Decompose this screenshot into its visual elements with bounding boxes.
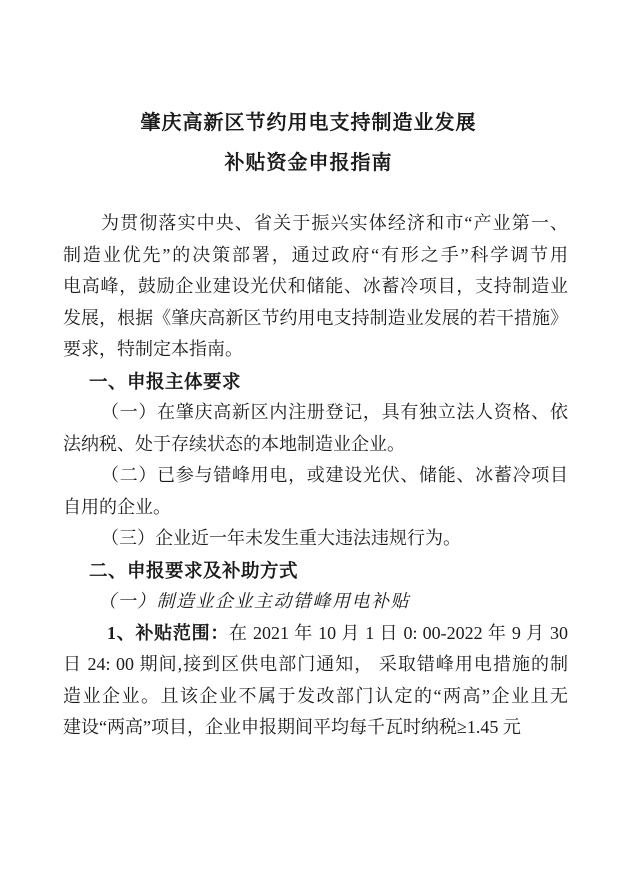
document-body: 为贯彻落实中央、省关于振兴实体经济和市“产业第一、 制造业优先”的决策部署，通过… — [63, 208, 568, 744]
intro-line-3: 电高峰，鼓励企业建设光伏和储能、冰蓄冷项目，支持制造业 — [63, 271, 568, 303]
subsidy-scope-line-4: 建设“两高”项目，企业申报期间平均每千瓦时纳税≥1.45 元 — [63, 712, 568, 744]
section1-item1-line-2: 法纳税、处于存续状态的本地制造业企业。 — [63, 429, 568, 461]
section2-heading: 二、申报要求及补助方式 — [63, 555, 568, 587]
title-line-2: 补贴资金申报指南 — [0, 143, 617, 183]
intro-line-4: 发展，根据《肇庆高新区节约用电支持制造业发展的若干措施》 — [63, 303, 568, 335]
intro-line-5: 要求，特制定本指南。 — [63, 334, 568, 366]
subsidy-scope-line-1-text: 在 2021 年 10 月 1 日 0: 00-2022 年 9 月 30 — [229, 623, 568, 643]
section1-heading: 一、申报主体要求 — [63, 366, 568, 398]
subsidy-scope-line-3: 造业企业。且该企业不属于发改部门认定的“两高”企业且无 — [63, 681, 568, 713]
subsidy-scope-line-1: 1、补贴范围：在 2021 年 10 月 1 日 0: 00-2022 年 9 … — [63, 618, 568, 650]
document-title: 肇庆高新区节约用电支持制造业发展 补贴资金申报指南 — [0, 0, 617, 183]
subsidy-scope-line-2: 日 24: 00 期间,接到区供电部门通知， 采取错峰用电措施的制 — [63, 649, 568, 681]
section1-item2-line-2: 自用的企业。 — [63, 492, 568, 524]
intro-line-1: 为贯彻落实中央、省关于振兴实体经济和市“产业第一、 — [63, 208, 568, 240]
section1-item3-line-1: （三）企业近一年未发生重大违法违规行为。 — [63, 523, 568, 555]
section2-sub1-heading: （一）制造业企业主动错峰用电补贴 — [63, 586, 568, 618]
title-line-1: 肇庆高新区节约用电支持制造业发展 — [0, 103, 617, 143]
subsidy-scope-label: 1、补贴范围： — [107, 623, 229, 643]
document-page: 肇庆高新区节约用电支持制造业发展 补贴资金申报指南 为贯彻落实中央、省关于振兴实… — [0, 0, 617, 874]
section1-item2-line-1: （二）已参与错峰用电，或建设光伏、储能、冰蓄冷项目 — [63, 460, 568, 492]
section1-item1-line-1: （一）在肇庆高新区内注册登记，具有独立法人资格、依 — [63, 397, 568, 429]
intro-line-2: 制造业优先”的决策部署，通过政府“有形之手”科学调节用 — [63, 240, 568, 272]
